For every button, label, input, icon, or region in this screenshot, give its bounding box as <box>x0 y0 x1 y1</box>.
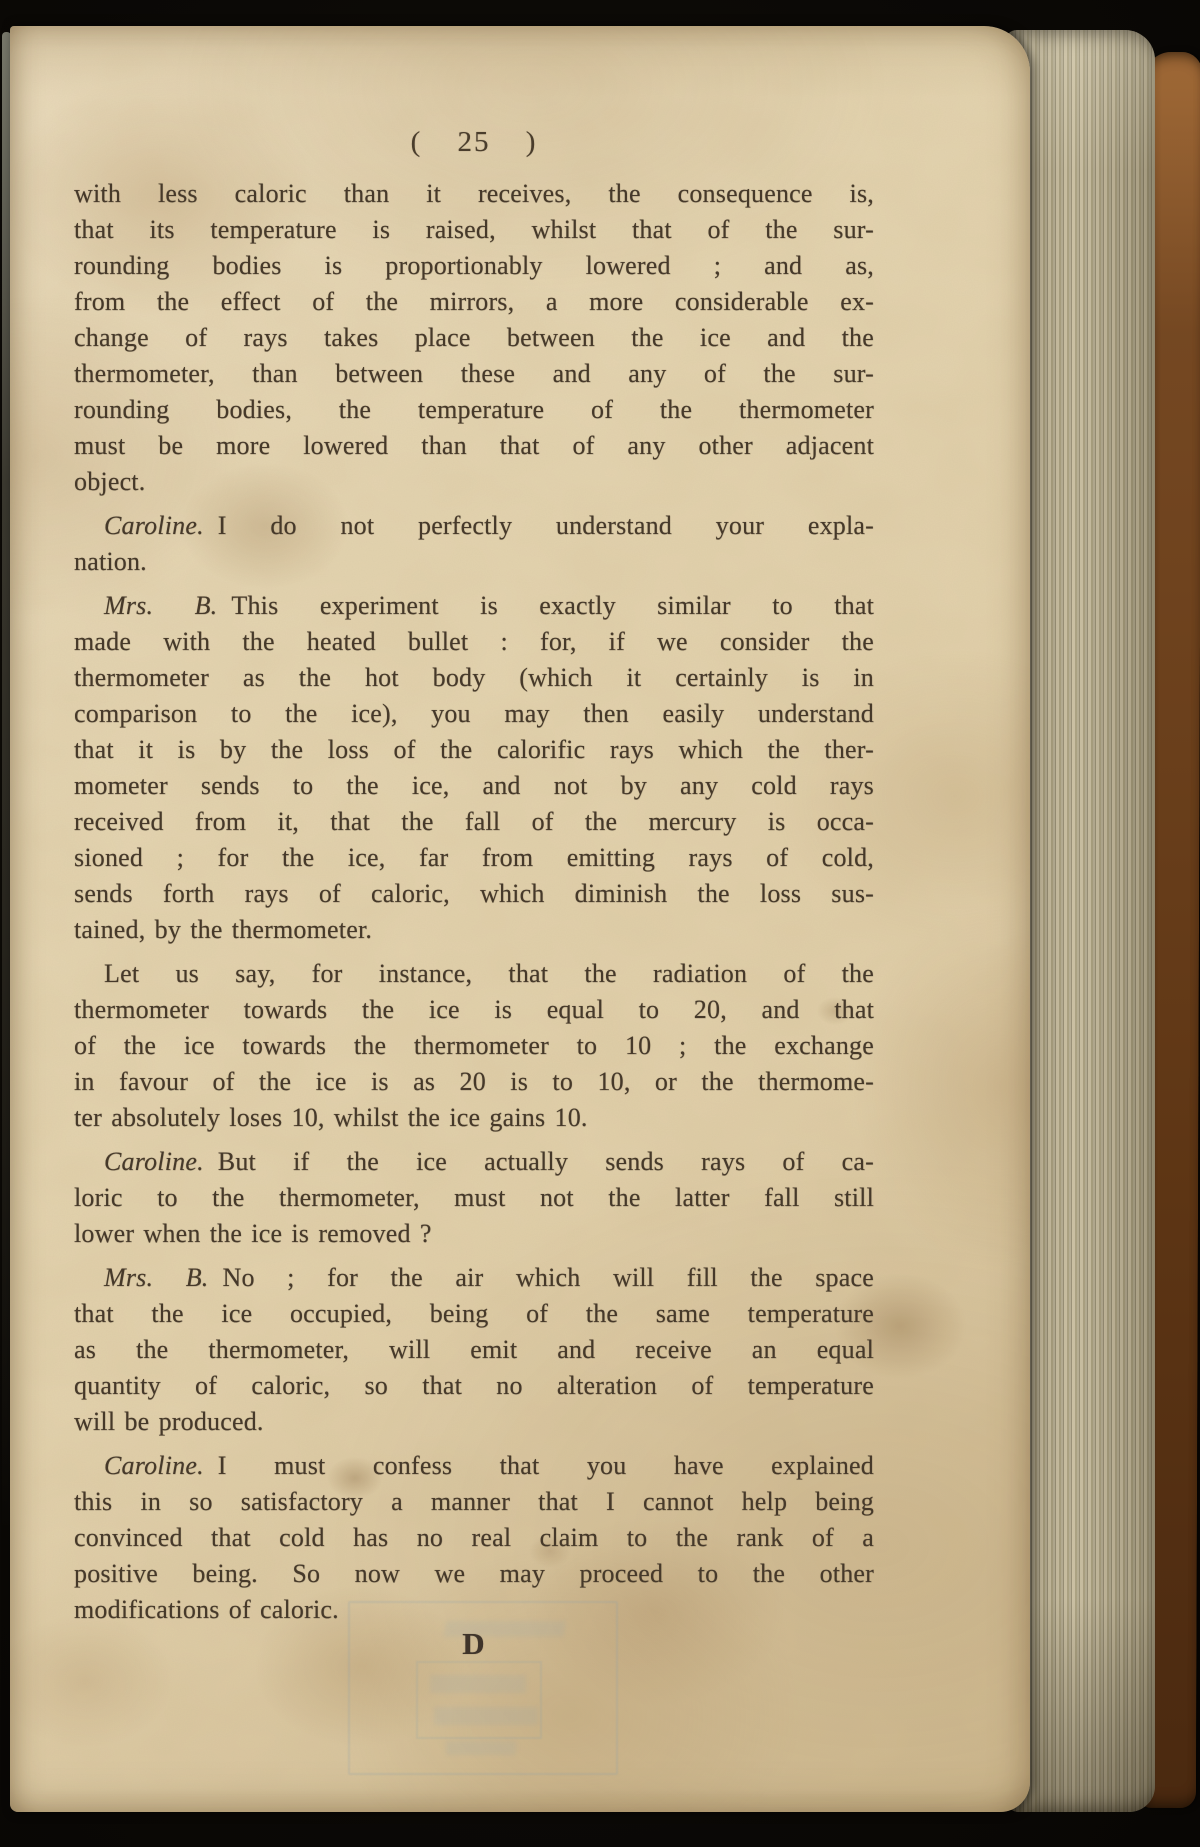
text-line: comparison to the ice), you may then eas… <box>74 696 874 732</box>
text-line: Let us say, for instance, that the radia… <box>74 956 874 992</box>
text-line: mometer sends to the ice, and not by any… <box>74 768 874 804</box>
paragraph: Let us say, for instance, that the radia… <box>74 956 874 1136</box>
speaker-name: Caroline. <box>104 1147 218 1176</box>
text-block: with less caloric than it receives, the … <box>74 176 874 1628</box>
text-line: Caroline.But if the ice actually sends r… <box>74 1144 874 1180</box>
page-number-header: ( 25 ) <box>74 126 874 159</box>
speaker-name: Caroline. <box>104 1451 218 1480</box>
photo-background: { "page": { "header": "( 25 )", "page_nu… <box>0 0 1200 1847</box>
text-line: Caroline.I do not perfectly understand y… <box>74 508 874 544</box>
speaker-name: Caroline. <box>104 511 218 540</box>
text-line: Caroline.I must confess that you have ex… <box>74 1448 874 1484</box>
speaker-name: Mrs. B. <box>104 1263 222 1292</box>
text-line: positive being. So now we may proceed to… <box>74 1556 874 1592</box>
paragraph: Caroline.But if the ice actually sends r… <box>74 1144 874 1252</box>
text-line: object. <box>74 464 874 500</box>
text-line: of the ice towards the thermometer to 10… <box>74 1028 874 1064</box>
text-line: Mrs. B.No ; for the air which will fill … <box>74 1260 874 1296</box>
book-photo: ( 25 ) with less caloric than it receive… <box>0 0 1200 1847</box>
paragraph: Mrs. B.No ; for the air which will fill … <box>74 1260 874 1440</box>
text-line: change of rays takes place between the i… <box>74 320 874 356</box>
text-line: thermometer, than between these and any … <box>74 356 874 392</box>
text-line: thermometer as the hot body (which it ce… <box>74 660 874 696</box>
text-line: loric to the thermometer, must not the l… <box>74 1180 874 1216</box>
text-line: received from it, that the fall of the m… <box>74 804 874 840</box>
text-line: rounding bodies, the temperature of the … <box>74 392 874 428</box>
paragraph: Caroline.I must confess that you have ex… <box>74 1448 874 1628</box>
text-line: from the effect of the mirrors, a more c… <box>74 284 874 320</box>
text-line: this in so satisfactory a manner that I … <box>74 1484 874 1520</box>
speaker-name: Mrs. B. <box>104 591 231 620</box>
paragraph: Mrs. B.This experiment is exactly simila… <box>74 588 874 948</box>
text-line: ter absolutely loses 10, whilst the ice … <box>74 1100 874 1136</box>
paragraph: with less caloric than it receives, the … <box>74 176 874 500</box>
text-line: Mrs. B.This experiment is exactly simila… <box>74 588 874 624</box>
text-line: as the thermometer, will emit and receiv… <box>74 1332 874 1368</box>
text-line: made with the heated bullet : for, if we… <box>74 624 874 660</box>
text-line: that its temperature is raised, whilst t… <box>74 212 874 248</box>
text-line: will be produced. <box>74 1404 874 1440</box>
text-line: that it is by the loss of the calorific … <box>74 732 874 768</box>
text-line: in favour of the ice is as 20 is to 10, … <box>74 1064 874 1100</box>
text-line: must be more lowered than that of any ot… <box>74 428 874 464</box>
text-line: tained, by the thermometer. <box>74 912 874 948</box>
text-line: nation. <box>74 544 874 580</box>
text-line: lower when the ice is removed ? <box>74 1216 874 1252</box>
text-line: rounding bodies is proportionably lowere… <box>74 248 874 284</box>
text-line: thermometer towards the ice is equal to … <box>74 992 874 1028</box>
book-page: ( 25 ) with less caloric than it receive… <box>10 26 1030 1812</box>
text-line: quantity of caloric, so that no alterati… <box>74 1368 874 1404</box>
text-line: modifications of caloric. <box>74 1592 874 1628</box>
text-line: that the ice occupied, being of the same… <box>74 1296 874 1332</box>
paragraph: Caroline.I do not perfectly understand y… <box>74 508 874 580</box>
text-line: convinced that cold has no real claim to… <box>74 1520 874 1556</box>
catchword-signature: D <box>74 1626 874 1662</box>
text-line: sends forth rays of caloric, which dimin… <box>74 876 874 912</box>
printed-matter: ( 25 ) with less caloric than it receive… <box>10 26 1030 1812</box>
text-line: sioned ; for the ice, far from emitting … <box>74 840 874 876</box>
text-line: with less caloric than it receives, the … <box>74 176 874 212</box>
